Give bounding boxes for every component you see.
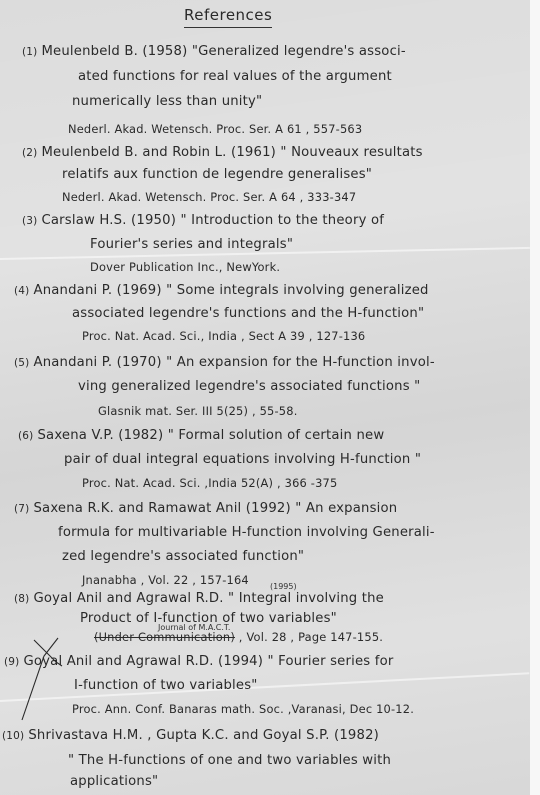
- reference-8: (8)Goyal Anil and Agrawal R.D. " Integra…: [14, 592, 384, 605]
- reference-number: (10): [2, 730, 24, 742]
- cross-out-mark-icon: [18, 630, 68, 730]
- reference-line: Carslaw H.S. (1950) " Introduction to th…: [41, 213, 384, 228]
- reference-publication: Proc. Nat. Acad. Sci., India , Sect A 39…: [82, 331, 365, 342]
- reference-4: (4)Anandani P. (1969) " Some integrals i…: [14, 284, 429, 297]
- reference-line: ving generalized legendre's associated f…: [78, 380, 420, 393]
- reference-publication: Dover Publication Inc., NewYork.: [90, 262, 280, 273]
- reference-number: (6): [18, 430, 33, 442]
- reference-1: (1)Meulenbeld B. (1958) "Generalized leg…: [22, 45, 406, 58]
- reference-line: Goyal Anil and Agrawal R.D. (1994) " Fou…: [23, 654, 393, 669]
- reference-10: (10)Shrivastava H.M. , Gupta K.C. and Go…: [2, 729, 379, 742]
- reference-number: (8): [14, 593, 29, 605]
- reference-number: (4): [14, 285, 29, 297]
- reference-line: Anandani P. (1970) " An expansion for th…: [33, 355, 434, 370]
- reference-line: formula for multivariable H-function inv…: [58, 526, 435, 539]
- reference-line: Fourier's series and integrals": [90, 238, 293, 251]
- reference-line: applications": [70, 775, 158, 788]
- reference-3: (3)Carslaw H.S. (1950) " Introduction to…: [22, 214, 384, 227]
- reference-5: (5)Anandani P. (1970) " An expansion for…: [14, 356, 435, 369]
- reference-line: pair of dual integral equations involvin…: [64, 453, 421, 466]
- reference-line: Meulenbeld B. (1958) "Generalized legend…: [41, 44, 405, 59]
- reference-number: (1): [22, 46, 37, 58]
- reference-line: Saxena R.K. and Ramawat Anil (1992) " An…: [33, 501, 397, 516]
- reference-line: ated functions for real values of the ar…: [78, 70, 392, 83]
- reference-line: Meulenbeld B. and Robin L. (1961) " Nouv…: [41, 145, 422, 160]
- reference-publication: Nederl. Akad. Wetensch. Proc. Ser. A 64 …: [62, 192, 356, 203]
- reference-line: numerically less than unity": [72, 95, 262, 108]
- reference-line: associated legendre's functions and the …: [72, 307, 424, 320]
- page-title: References: [184, 6, 272, 28]
- reference-6: (6)Saxena V.P. (1982) " Formal solution …: [18, 429, 384, 442]
- reference-line: Anandani P. (1969) " Some integrals invo…: [33, 283, 428, 298]
- reference-publication-line: (Under Communication) , Vol. 28 , Page 1…: [94, 632, 383, 643]
- scan-border: [530, 0, 540, 795]
- reference-line: zed legendre's associated function": [62, 550, 304, 563]
- reference-publication: Jnanabha , Vol. 22 , 157-164: [82, 575, 249, 586]
- reference-publication: Nederl. Akad. Wetensch. Proc. Ser. A 61 …: [68, 124, 362, 135]
- reference-number: (5): [14, 357, 29, 369]
- reference-publication: Glasnik mat. Ser. III 5(25) , 55-58.: [98, 406, 298, 417]
- reference-2: (2)Meulenbeld B. and Robin L. (1961) " N…: [22, 146, 423, 159]
- struck-text: (Under Communication): [94, 630, 235, 644]
- reference-number: (2): [22, 147, 37, 159]
- reference-line: Saxena V.P. (1982) " Formal solution of …: [37, 428, 384, 443]
- reference-line: relatifs aux function de legendre genera…: [62, 168, 372, 181]
- reference-line: Shrivastava H.M. , Gupta K.C. and Goyal …: [28, 728, 379, 743]
- reference-number: (3): [22, 215, 37, 227]
- reference-publication: Proc. Nat. Acad. Sci. ,India 52(A) , 366…: [82, 478, 337, 489]
- reference-publication: , Vol. 28 , Page 147-155.: [239, 630, 383, 644]
- reference-line: Goyal Anil and Agrawal R.D. " Integral i…: [33, 591, 383, 606]
- reference-publication: Proc. Ann. Conf. Banaras math. Soc. ,Var…: [72, 704, 414, 715]
- handwritten-references-page: References (1)Meulenbeld B. (1958) "Gene…: [0, 0, 530, 795]
- reference-line: " The H-functions of one and two variabl…: [68, 754, 391, 767]
- reference-line: I-function of two variables": [74, 679, 258, 692]
- reference-number: (7): [14, 503, 29, 515]
- year-annotation: (1995): [270, 582, 297, 591]
- reference-7: (7)Saxena R.K. and Ramawat Anil (1992) "…: [14, 502, 397, 515]
